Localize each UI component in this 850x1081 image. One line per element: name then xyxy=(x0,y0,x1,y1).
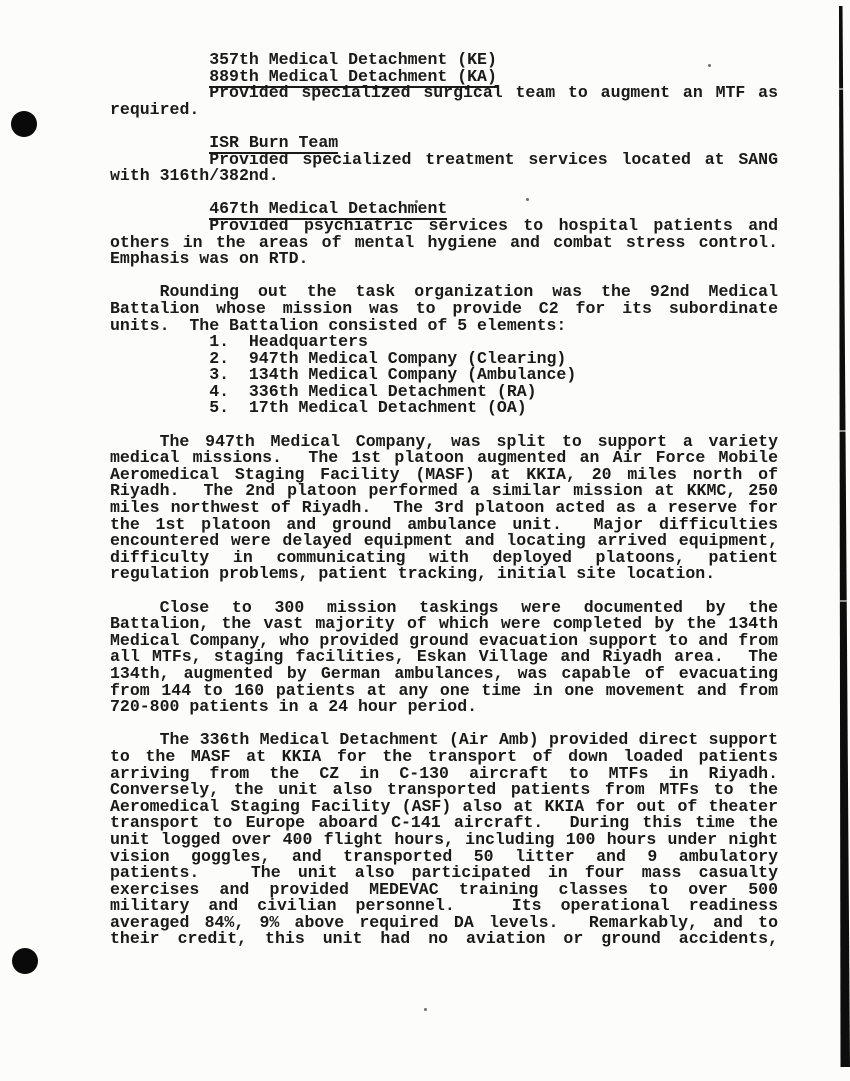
text-line: 5. 17th Medical Detachment (OA) xyxy=(110,400,778,417)
document-text: 357th Medical Detachment (KE)889th Medic… xyxy=(110,52,778,948)
binding-line-gap xyxy=(839,430,850,432)
text-line: Emphasis was on RTD. xyxy=(110,251,778,268)
scan-speck xyxy=(526,198,529,201)
scanned-page: 357th Medical Detachment (KE)889th Medic… xyxy=(0,0,850,1081)
binding-edge-line xyxy=(839,6,850,1067)
text-line: Provided specialized surgical team to au… xyxy=(110,85,778,102)
binding-line-gap xyxy=(839,88,850,90)
text-line: required. xyxy=(110,102,778,119)
text-line: regulation problems, patient tracking, i… xyxy=(110,566,778,583)
text-line: with 316th/382nd. xyxy=(110,168,778,185)
text-line: Battalion whose mission was to provide C… xyxy=(110,301,778,318)
text-line: unit logged over 400 flight hours, inclu… xyxy=(110,832,778,849)
hole-punch-mark xyxy=(11,111,37,137)
binding-line-gap xyxy=(839,600,850,602)
scan-speck xyxy=(415,200,418,203)
text-line: 720-800 patients in a 24 hour period. xyxy=(110,699,778,716)
scan-speck xyxy=(708,64,711,67)
hole-punch-mark xyxy=(12,948,38,974)
text-line: their credit, this unit had no aviation … xyxy=(110,931,778,948)
scan-speck xyxy=(424,1008,427,1011)
